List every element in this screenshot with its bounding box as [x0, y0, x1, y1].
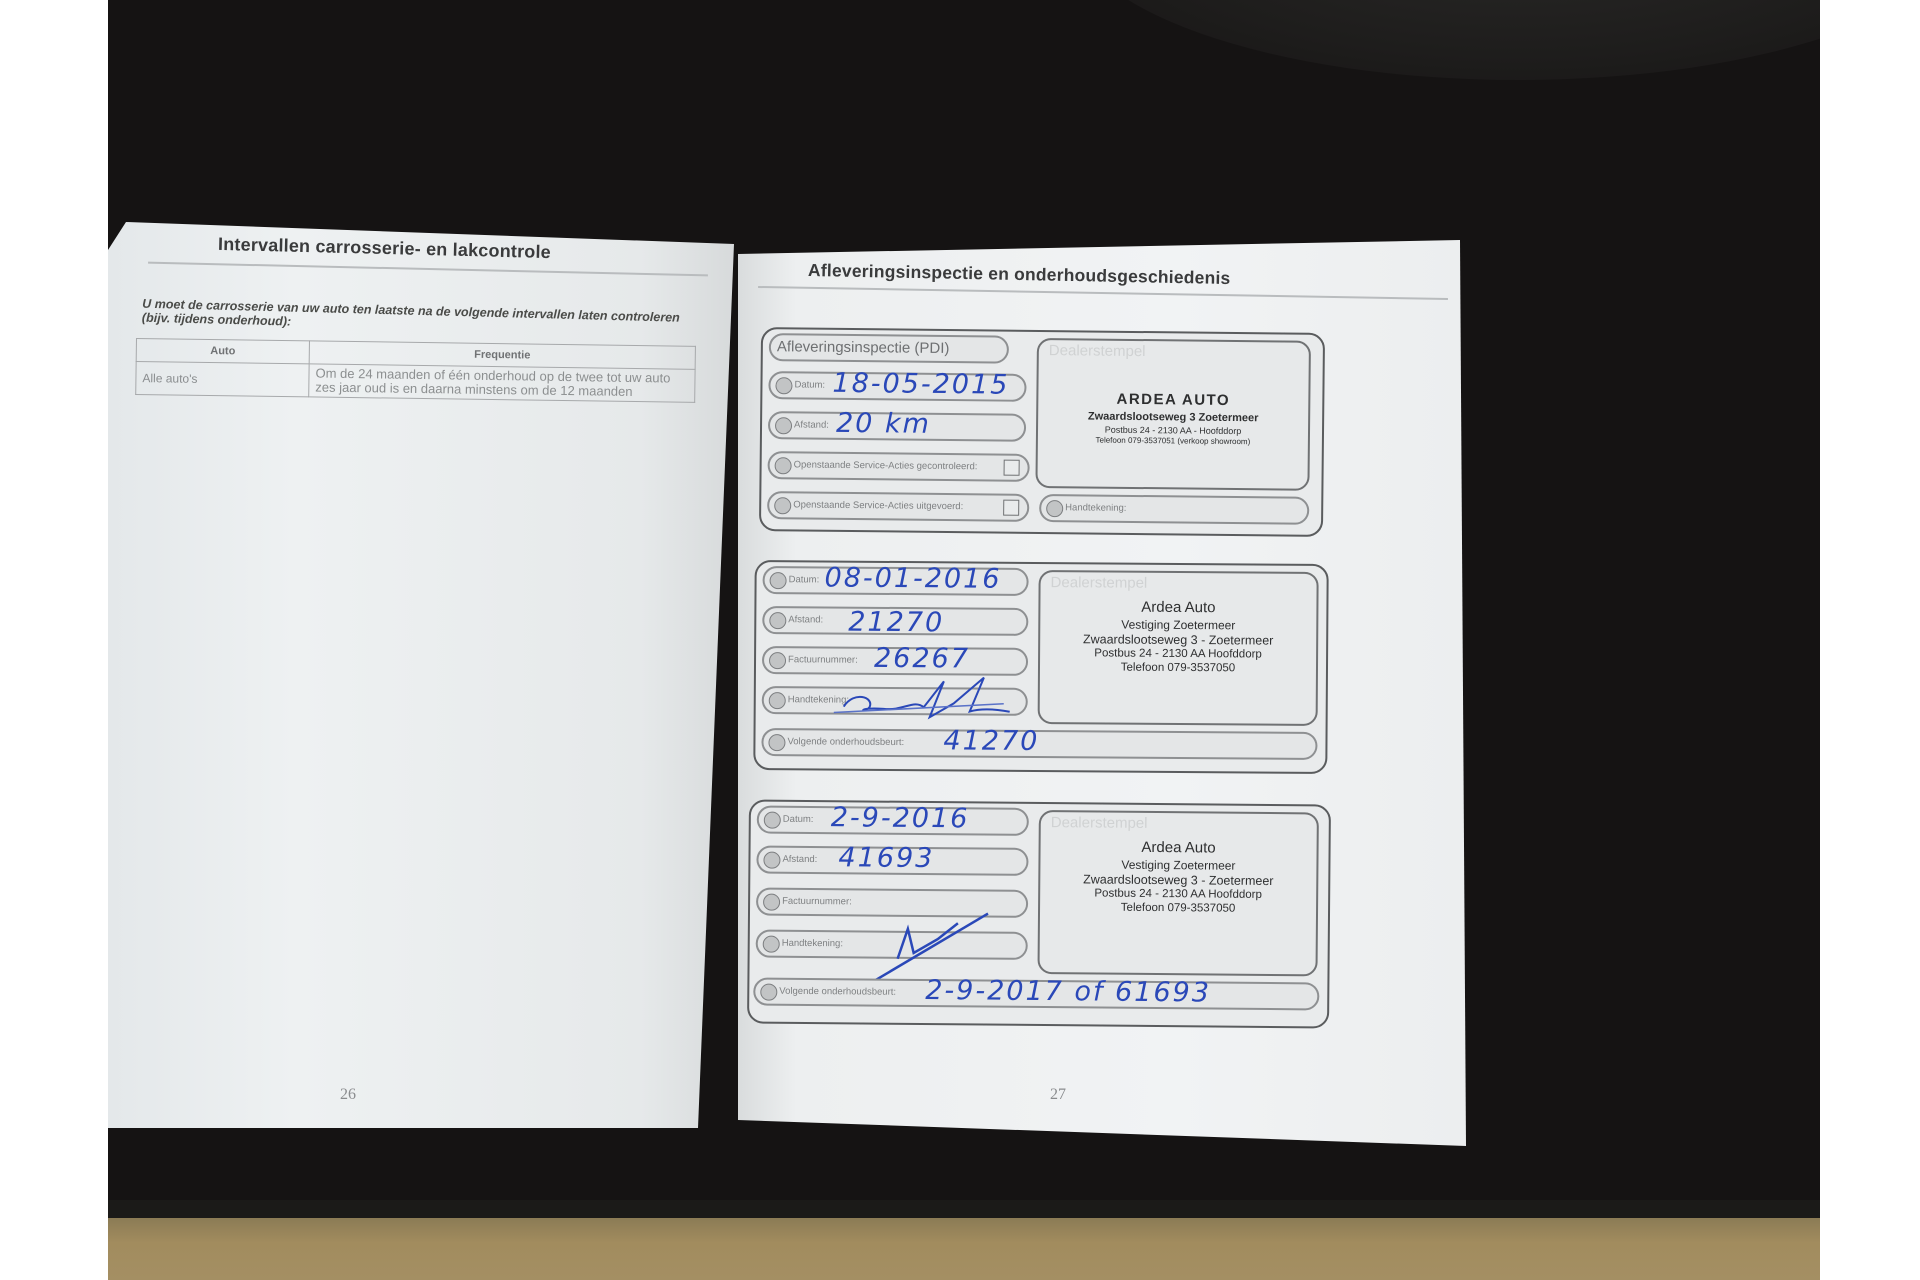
page-number-left: 26	[340, 1086, 356, 1104]
interval-table: Auto Frequentie Alle auto's Om de 24 maa…	[135, 338, 696, 403]
signature-scribble	[834, 673, 1014, 724]
title-rule	[758, 286, 1448, 300]
title-rule	[148, 262, 708, 277]
radio-icon	[760, 984, 777, 1001]
floor	[108, 1218, 1820, 1280]
handwritten-date: 08-01-2016	[825, 562, 1002, 594]
service2-signature-field[interactable]: Handtekening:	[756, 930, 1028, 960]
left-page: Intervallen carrosserie- en lakcontrole …	[108, 222, 734, 1128]
pdi-title-pill: Afleveringsinspectie (PDI)	[769, 333, 1009, 364]
radio-icon	[770, 572, 787, 589]
handwritten-next-service: 41270	[943, 725, 1039, 757]
radio-icon	[763, 894, 780, 911]
pdi-afstand-field[interactable]: Afstand: 20 km	[768, 411, 1026, 442]
service1-datum-field[interactable]: Datum: 08-01-2016	[763, 566, 1029, 596]
service-box-2: Datum: 2-9-2016 Afstand: 41693 Factuurnu…	[747, 799, 1331, 1028]
right-page-title: Afleveringsinspectie en onderhoudsgeschi…	[808, 260, 1231, 289]
service-box-1: Datum: 08-01-2016 Afstand: 21270 Factuur…	[753, 560, 1328, 774]
checkbox[interactable]	[1003, 500, 1019, 516]
service1-dealer-stamp: Dealerstempel Ardea Auto Vestiging Zoete…	[1038, 570, 1319, 726]
service1-next-field[interactable]: Volgende onderhoudsbeurt: 41270	[761, 728, 1317, 760]
pdi-service-checked-field[interactable]: Openstaande Service-Acties gecontroleerd…	[767, 451, 1029, 482]
pdi-signature-field[interactable]: Handtekening:	[1039, 494, 1309, 525]
cell-auto: Alle auto's	[136, 362, 309, 397]
service1-afstand-field[interactable]: Afstand: 21270	[762, 606, 1028, 636]
radio-icon	[763, 936, 780, 953]
radio-icon	[769, 692, 786, 709]
pdi-datum-field[interactable]: Datum: 18-05-2015	[768, 371, 1026, 402]
table-row: Alle auto's Om de 24 maanden of één onde…	[136, 362, 695, 403]
handwritten-distance: 21270	[848, 607, 944, 639]
radio-icon	[774, 497, 791, 514]
handwritten-date: 2-9-2016	[831, 802, 970, 834]
radio-icon	[768, 734, 785, 751]
service2-dealer-stamp: Dealerstempel Ardea Auto Vestiging Zoete…	[1037, 810, 1318, 976]
handwritten-date: 18-05-2015	[832, 368, 1009, 401]
intro-text: U moet de carrosserie van uw auto ten la…	[142, 297, 703, 340]
left-page-title: Intervallen carrosserie- en lakcontrole	[218, 234, 551, 263]
pdi-box: Afleveringsinspectie (PDI) Datum: 18-05-…	[759, 327, 1325, 537]
radio-icon	[764, 812, 781, 829]
right-page: Afleveringsinspectie en onderhoudsgeschi…	[738, 240, 1466, 1148]
page-number-right: 27	[1050, 1086, 1066, 1104]
service1-signature-field[interactable]: Handtekening:	[762, 686, 1028, 716]
radio-icon	[775, 377, 792, 394]
radio-icon	[775, 457, 792, 474]
radio-icon	[763, 852, 780, 869]
checkbox[interactable]	[1004, 460, 1020, 476]
pdi-dealer-stamp: Dealerstempel ARDEA AUTO Zwaardslootsewe…	[1035, 338, 1311, 491]
radio-icon	[1046, 500, 1063, 517]
pdi-title: Afleveringsinspectie (PDI)	[777, 338, 950, 357]
handwritten-distance: 20 km	[836, 408, 931, 440]
radio-icon	[769, 652, 786, 669]
header-auto: Auto	[136, 339, 309, 364]
radio-icon	[769, 612, 786, 629]
pdi-service-done-field[interactable]: Openstaande Service-Acties uitgevoerd:	[767, 491, 1029, 522]
handwritten-next-service: 2-9-2017 of 61693	[925, 975, 1211, 1008]
handwritten-distance: 41693	[838, 842, 934, 874]
service1-factuur-field[interactable]: Factuurnummer: 26267	[762, 646, 1028, 676]
dark-cloth	[1068, 0, 1820, 80]
photo-background: Intervallen carrosserie- en lakcontrole …	[108, 0, 1820, 1280]
service2-afstand-field[interactable]: Afstand: 41693	[756, 846, 1028, 876]
ardea-logo: ARDEA AUTO	[1038, 390, 1308, 410]
handwritten-invoice: 26267	[874, 643, 970, 675]
radio-icon	[775, 417, 792, 434]
cell-frequentie: Om de 24 maanden of één onderhoud op de …	[309, 364, 695, 402]
service2-datum-field[interactable]: Datum: 2-9-2016	[757, 806, 1029, 836]
service2-next-field[interactable]: Volgende onderhoudsbeurt: 2-9-2017 of 61…	[753, 978, 1319, 1011]
service2-factuur-field[interactable]: Factuurnummer:	[756, 888, 1028, 918]
